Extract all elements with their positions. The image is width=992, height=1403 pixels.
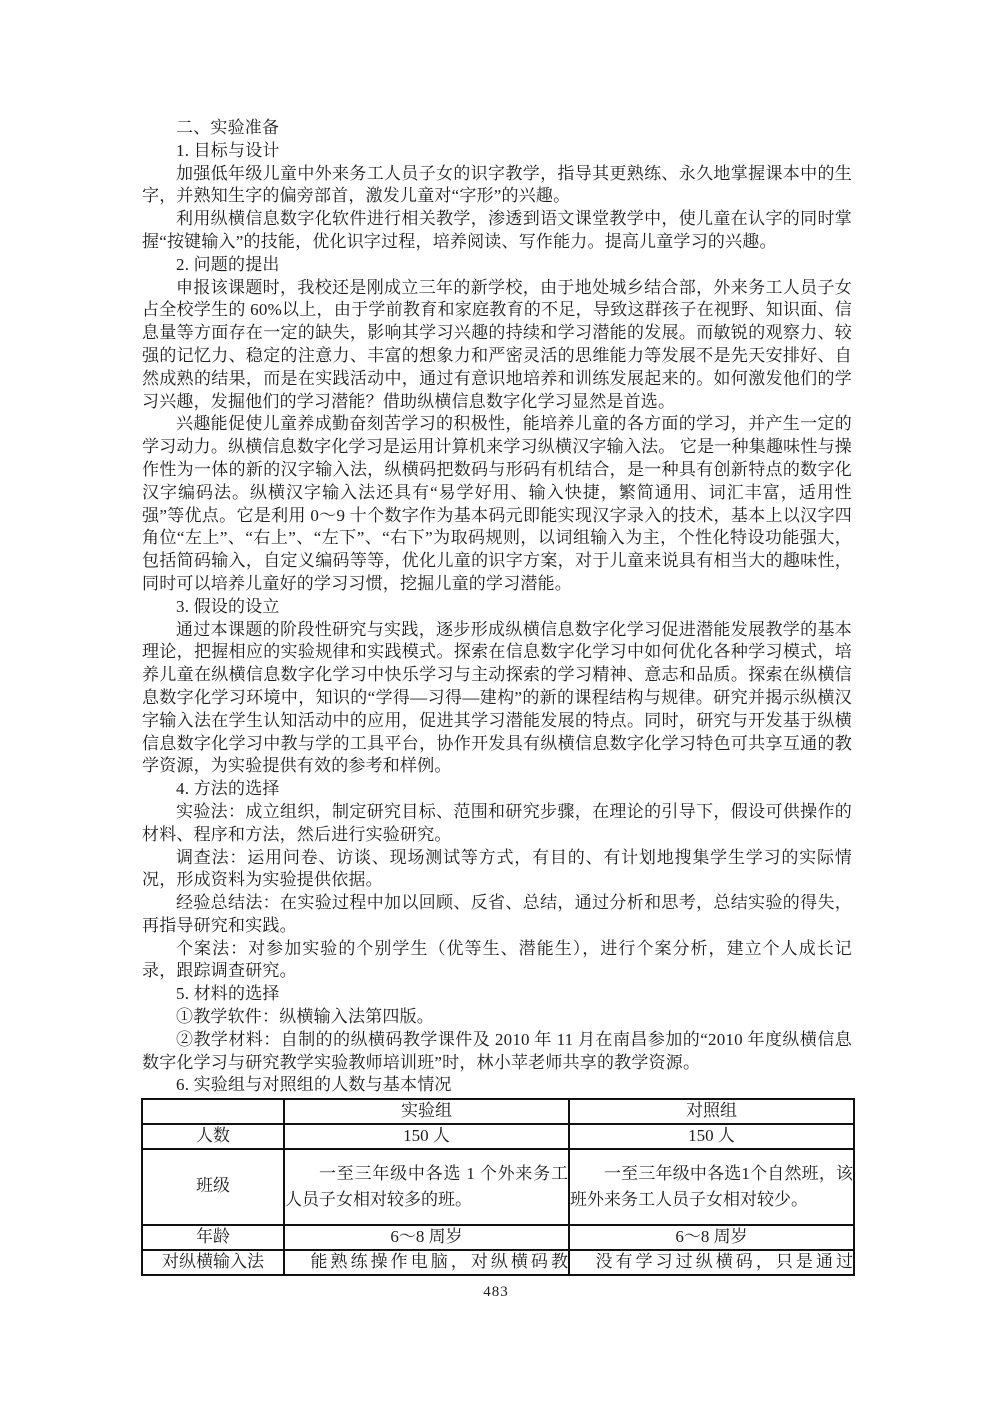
table-cell: 6～8 周岁: [284, 1225, 569, 1250]
table-row-classes: 班级 一至三年级中各选 1 个外来务工人员子女相对较多的班。 一至三年级中各选1…: [142, 1149, 854, 1225]
table-cell: 150 人: [569, 1124, 854, 1149]
section-heading-problem-statement: 2. 问题的提出: [142, 254, 852, 277]
table-header-cell-blank: [142, 1099, 284, 1124]
paragraph: ②教学材料：自制的的纵横码教学课件及 2010 年 11 月在南昌参加的“201…: [142, 1029, 852, 1075]
section-heading-material-selection: 5. 材料的选择: [142, 983, 852, 1006]
table-cell: 6～8 周岁: [569, 1225, 854, 1250]
table-cell: 能熟练操作电脑，对纵横码教: [284, 1250, 569, 1275]
table-cell: 150 人: [284, 1124, 569, 1149]
table-row-headcount: 人数 150 人 150 人: [142, 1124, 854, 1149]
table-header-cell-control-group: 对照组: [569, 1099, 854, 1124]
row-label: 班级: [142, 1149, 284, 1225]
section-heading-hypothesis: 3. 假设的设立: [142, 596, 852, 619]
table-cell: 一至三年级中各选1个自然班，该班外来务工人员子女相对较少。: [569, 1149, 854, 1225]
section-heading-experiment-preparation: 二、实验准备: [142, 117, 852, 140]
paragraph: 调查法：运用问卷、访谈、现场测试等方式，有目的、有计划地搜集学生学习的实际情况，…: [142, 847, 852, 893]
section-heading-groups-overview: 6. 实验组与对照组的人数与基本情况: [142, 1074, 852, 1097]
paragraph: 利用纵横信息数字化软件进行相关教学，渗透到语文课堂教学中，使儿童在认字的同时掌握…: [142, 208, 852, 254]
section-heading-method-selection: 4. 方法的选择: [142, 778, 852, 801]
document-page: 二、实验准备 1. 目标与设计 加强低年级儿童中外来务工人员子女的识字教学，指导…: [0, 0, 992, 1403]
row-label: 人数: [142, 1124, 284, 1149]
paragraph: 经验总结法：在实验过程中加以回顾、反省、总结，通过分析和思考，总结实验的得失，再…: [142, 892, 852, 938]
groups-comparison-table: 实验组 对照组 人数 150 人 150 人 班级 一至三年级中各选 1 个外来…: [141, 1098, 855, 1275]
table-header-row: 实验组 对照组: [142, 1099, 854, 1124]
paragraph: 实验法：成立组织，制定研究目标、范围和研究步骤，在理论的引导下，假设可供操作的材…: [142, 801, 852, 847]
paragraph: 兴趣能促使儿童养成勤奋刻苦学习的积极性，能培养儿童的各方面的学习，并产生一定的学…: [142, 413, 852, 595]
page-body: 二、实验准备 1. 目标与设计 加强低年级儿童中外来务工人员子女的识字教学，指导…: [142, 117, 852, 1276]
table-cell: 没有学习过纵横码，只是通过: [569, 1250, 854, 1275]
table-cell: 一至三年级中各选 1 个外来务工人员子女相对较多的班。: [284, 1149, 569, 1225]
row-label: 对纵横输入法: [142, 1250, 284, 1275]
paragraph: 通过本课题的阶段性研究与实践，逐步形成纵横信息数字化学习促进潜能发展教学的基本理…: [142, 619, 852, 779]
table-row-input-method: 对纵横输入法 能熟练操作电脑，对纵横码教 没有学习过纵横码，只是通过: [142, 1250, 854, 1275]
paragraph: 申报该课题时，我校还是刚成立三年的新学校，由于地处城乡结合部，外来务工人员子女占…: [142, 277, 852, 414]
section-heading-goals-and-design: 1. 目标与设计: [142, 140, 852, 163]
row-label: 年龄: [142, 1225, 284, 1250]
page-number: 483: [0, 1284, 992, 1301]
paragraph: 加强低年级儿童中外来务工人员子女的识字教学，指导其更熟练、永久地掌握课本中的生字…: [142, 163, 852, 209]
table-row-age: 年龄 6～8 周岁 6～8 周岁: [142, 1225, 854, 1250]
paragraph: ①教学软件：纵横输入法第四版。: [142, 1006, 852, 1029]
paragraph: 个案法：对参加实验的个别学生（优等生、潜能生），进行个案分析，建立个人成长记录，…: [142, 938, 852, 984]
table-header-cell-experimental-group: 实验组: [284, 1099, 569, 1124]
